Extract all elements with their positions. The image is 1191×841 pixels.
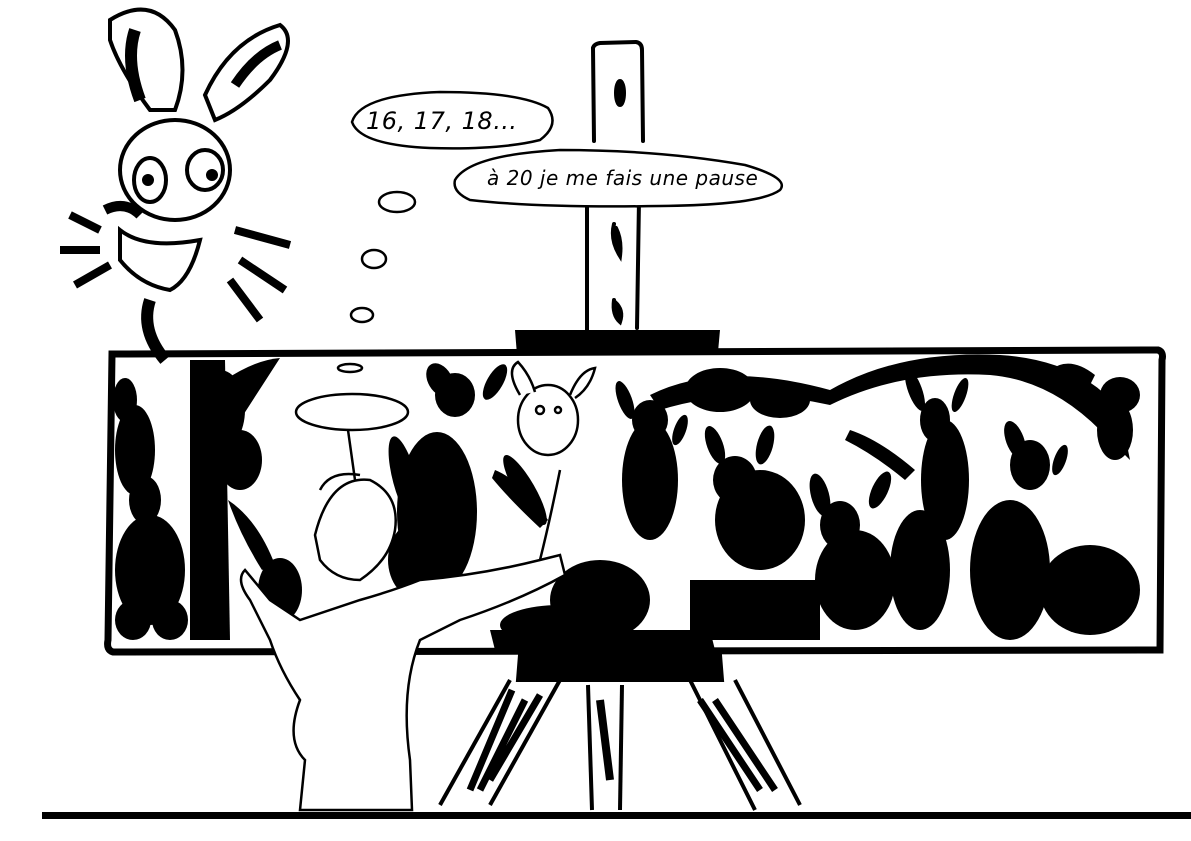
- frazzled-bunny: [60, 10, 290, 360]
- easel-legs: [440, 655, 800, 810]
- pause-speech-text: à 20 je me fais une pause: [487, 166, 758, 190]
- counting-speech-text: 16, 17, 18…: [366, 107, 518, 135]
- comic-panel: [0, 0, 1191, 841]
- thought-bubble-small: [351, 308, 373, 322]
- thought-bubble-medium: [362, 250, 386, 268]
- thought-bubble-large: [379, 192, 415, 212]
- floor-line: [42, 812, 1191, 819]
- thought-bubbles: [351, 192, 415, 322]
- balanced-plate: [296, 394, 408, 430]
